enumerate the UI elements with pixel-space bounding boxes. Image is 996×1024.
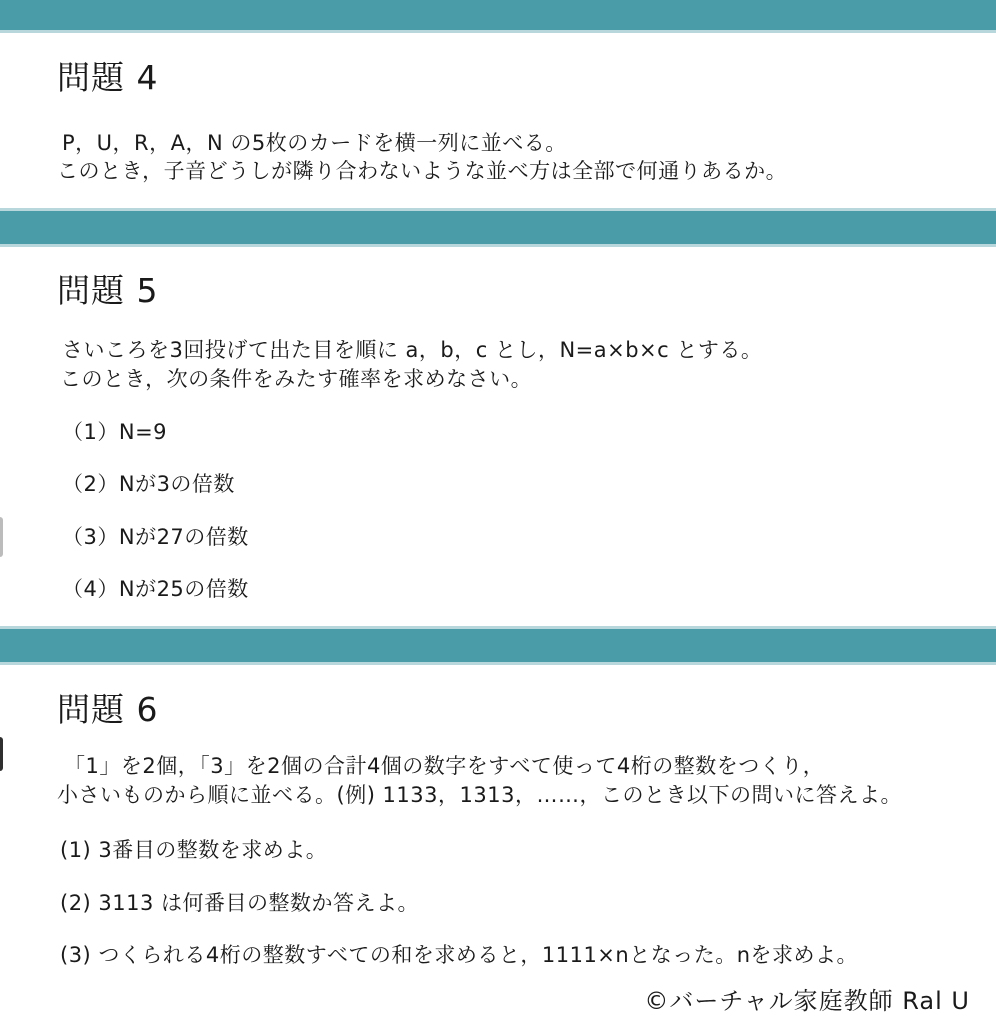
problem-4-title: 問題 4 <box>57 52 159 99</box>
problem-6-statement-line: 「1」を2個，「3」を2個の合計4個の数字をすべて使って4桁の整数をつくり， <box>64 753 824 779</box>
problem-5-subquestion-3: （3）Nが27の倍数 <box>62 524 249 550</box>
problem-6-title: 問題 6 <box>57 684 159 731</box>
problem-4-statement-line: このとき，子音どうしが隣り合わないような並べ方は全部で何通りあるか。 <box>57 158 787 184</box>
problem-5-statement-line: このとき，次の条件をみたす確率を求めなさい。 <box>60 366 532 392</box>
math-worksheet-page: 問題 4 P，U，R，A，N の5枚のカードを横一列に並べる。 このとき，子音ど… <box>0 0 996 1024</box>
problem-6-subquestion-1: (1) 3番目の整数を求めよ。 <box>60 837 327 863</box>
left-edge-cropped-glyph <box>0 517 3 557</box>
problem-4-statement-line: P，U，R，A，N の5枚のカードを横一列に並べる。 <box>62 130 567 156</box>
left-edge-cropped-glyph <box>0 737 3 771</box>
problem-6-statement-line: 小さいものから順に並べる。(例) 1133，1313，……，このとき以下の問いに… <box>57 782 902 808</box>
copyright-credit: ©バーチャル家庭教師 Ral U <box>644 981 970 1016</box>
problem-5-statement-line: さいころを3回投げて出た目を順に a，b，c とし，N=a×b×c とする。 <box>62 337 762 363</box>
problem-5-subquestion-4: （4）Nが25の倍数 <box>62 576 249 602</box>
problem-6-subquestion-2: (2) 3113 は何番目の整数か答えよ。 <box>60 890 419 916</box>
problem-6-subquestion-3: (3) つくられる4桁の整数すべての和を求めると，1111×nとなった。nを求め… <box>60 942 858 968</box>
section-divider-top <box>0 0 996 33</box>
problem-5-subquestion-1: （1）N=9 <box>62 419 167 445</box>
section-divider-middle <box>0 208 996 247</box>
problem-5-title: 問題 5 <box>57 265 159 312</box>
section-divider-bottom <box>0 626 996 665</box>
problem-5-subquestion-2: （2）Nが3の倍数 <box>62 471 235 497</box>
